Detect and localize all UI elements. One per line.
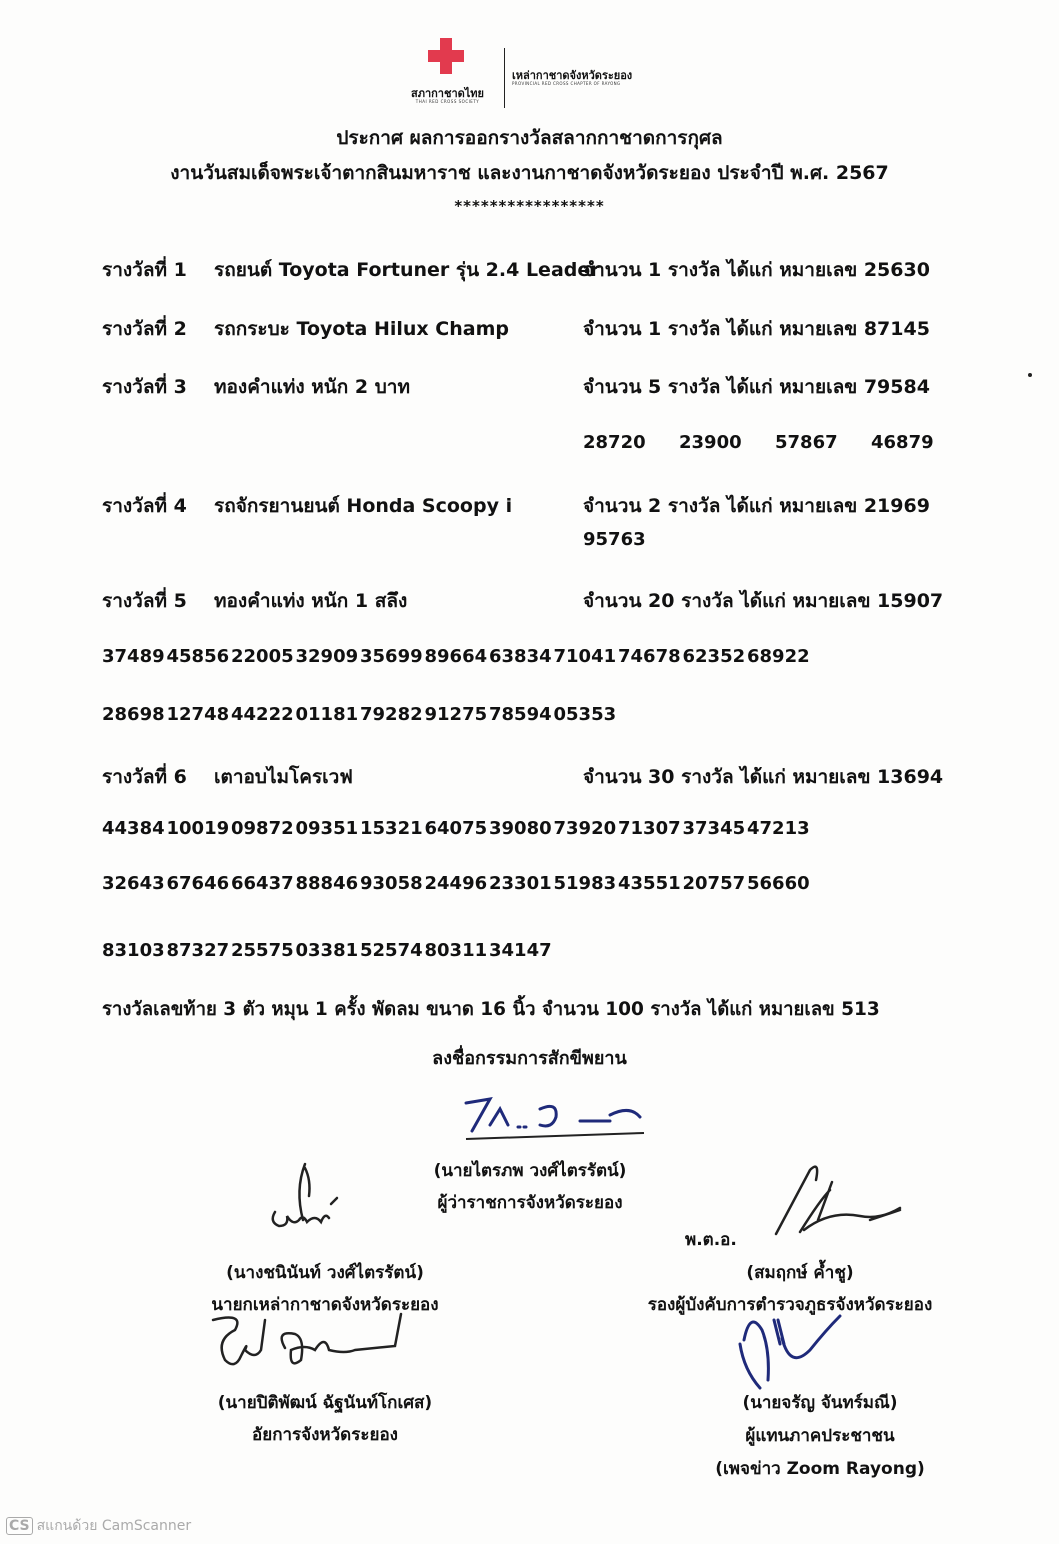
winning-number: 39080 <box>489 818 554 839</box>
camscanner-text: สแกนด้วย CamScanner <box>37 1518 192 1534</box>
winning-number: 23301 <box>489 873 554 894</box>
number-row: 83103873272557503381525748031134147 <box>102 940 554 961</box>
winning-number: 45856 <box>167 646 232 667</box>
winning-number: 20757 <box>683 873 748 894</box>
winning-number: 89664 <box>425 646 490 667</box>
winning-number: 46879 <box>871 432 967 453</box>
winning-number: 05353 <box>554 704 619 725</box>
prize-label: รางวัลที่ 6 <box>102 762 187 792</box>
camscanner-icon: CS <box>6 1517 33 1535</box>
winning-number: 12748 <box>167 704 232 725</box>
winning-number: 09872 <box>231 818 296 839</box>
winning-number: 67646 <box>167 873 232 894</box>
winning-number: 66437 <box>231 873 296 894</box>
winning-number: 32643 <box>102 873 167 894</box>
last3-prize: รางวัลเลขท้าย 3 ตัว หมุน 1 ครั้ง พัดลม ข… <box>102 995 880 1024</box>
winning-number: 79282 <box>360 704 425 725</box>
winning-number: 91275 <box>425 704 490 725</box>
winning-number: 95763 <box>583 529 679 550</box>
winning-number: 57867 <box>775 432 871 453</box>
announcement-title: ประกาศ ผลการออกรางวัลสลากกาชาดการกุศล <box>0 123 1059 153</box>
prize-item: รถยนต์ Toyota Fortuner รุ่น 2.4 Leader <box>214 255 600 285</box>
winning-number: 83103 <box>102 940 167 961</box>
prize-label: รางวัลที่ 5 <box>102 586 187 616</box>
winning-number: 43551 <box>618 873 683 894</box>
logo-divider <box>504 48 505 108</box>
winning-number: 15321 <box>360 818 425 839</box>
governor-title: ผู้ว่าราชการจังหวัดระยอง <box>380 1189 680 1216</box>
winning-number: 87327 <box>167 940 232 961</box>
winning-number: 09351 <box>296 818 361 839</box>
police-name: (สมฤกษ์ ค้ำชู) <box>700 1259 900 1286</box>
winning-number: 03381 <box>296 940 361 961</box>
governor-name: (นายไตรภพ วงศ์ไตรรัตน์) <box>380 1157 680 1184</box>
winning-number: 35699 <box>360 646 425 667</box>
prize-count: จำนวน 1 รางวัล ได้แก่ หมายเลข 25630 <box>583 255 930 285</box>
prize-item: เตาอบไมโครเวฟ <box>214 762 353 792</box>
winning-number: 25575 <box>231 940 296 961</box>
prize-label: รางวัลที่ 1 <box>102 255 187 285</box>
winning-number: 80311 <box>425 940 490 961</box>
chapter-name-en: PROVINCIAL RED CROSS CHAPTER OF RAYONG <box>512 81 621 86</box>
winning-number: 23900 <box>679 432 775 453</box>
witness-heading: ลงชื่อกรรมการสักขีพยาน <box>0 1043 1059 1072</box>
prosecutor-title: อัยการจังหวัดระยอง <box>170 1421 480 1448</box>
prize-count: จำนวน 1 รางวัล ได้แก่ หมายเลข 87145 <box>583 314 930 344</box>
announcement-subtitle: งานวันสมเด็จพระเจ้าตากสินมหาราช และงานกา… <box>0 158 1059 188</box>
winning-number: 74678 <box>618 646 683 667</box>
winning-number: 22005 <box>231 646 296 667</box>
prize-numbers: 95763 <box>583 529 679 550</box>
winning-number: 64075 <box>425 818 490 839</box>
public-name: (นายจรัญ จันทร์มณี) <box>690 1389 950 1416</box>
winning-number: 93058 <box>360 873 425 894</box>
prize-label: รางวัลที่ 3 <box>102 372 187 402</box>
signature-police <box>770 1160 910 1240</box>
winning-number: 73920 <box>554 818 619 839</box>
prize-count: จำนวน 30 รางวัล ได้แก่ หมายเลข 13694 <box>583 762 943 792</box>
police-rank: พ.ต.อ. <box>685 1226 737 1253</box>
winning-number: 71307 <box>618 818 683 839</box>
red-cross-icon <box>428 38 464 74</box>
winning-number: 62352 <box>683 646 748 667</box>
winning-number: 01181 <box>296 704 361 725</box>
prize-count: จำนวน 20 รางวัล ได้แก่ หมายเลข 15907 <box>583 586 943 616</box>
signature-redcross <box>265 1160 355 1240</box>
winning-number: 52574 <box>360 940 425 961</box>
redcross-name: (นางชนินันท์ วงศ์ไตรรัตน์) <box>170 1259 480 1286</box>
winning-number: 51983 <box>554 873 619 894</box>
winning-number: 88846 <box>296 873 361 894</box>
signature-prosecutor <box>205 1310 405 1380</box>
winning-number: 56660 <box>747 873 812 894</box>
prize-item: รถกระบะ Toyota Hilux Champ <box>214 314 509 344</box>
title-separator: ***************** <box>0 197 1059 215</box>
signature-governor <box>460 1095 650 1145</box>
org-name-en: THAI RED CROSS SOCIETY <box>395 99 500 104</box>
signature-public <box>730 1310 850 1390</box>
winning-number: 10019 <box>167 818 232 839</box>
public-title: ผู้แทนภาคประชาชน <box>690 1422 950 1449</box>
prize-label: รางวัลที่ 2 <box>102 314 187 344</box>
number-row: 3748945856220053290935699896646383471041… <box>102 646 812 667</box>
winning-number: 78594 <box>489 704 554 725</box>
winning-number: 37345 <box>683 818 748 839</box>
winning-number: 32909 <box>296 646 361 667</box>
prize-numbers: 28720239005786746879 <box>583 432 967 453</box>
number-row: 4438410019098720935115321640753908073920… <box>102 818 812 839</box>
public-note: (เพจข่าว Zoom Rayong) <box>690 1455 950 1482</box>
camscanner-watermark: CSสแกนด้วย CamScanner <box>6 1515 191 1537</box>
winning-number: 47213 <box>747 818 812 839</box>
prize-count: จำนวน 2 รางวัล ได้แก่ หมายเลข 21969 <box>583 491 930 521</box>
prize-item: รถจักรยานยนต์ Honda Scoopy i <box>214 491 512 521</box>
winning-number: 63834 <box>489 646 554 667</box>
prize-item: ทองคำแท่ง หนัก 2 บาท <box>214 372 410 402</box>
winning-number: 44384 <box>102 818 167 839</box>
number-row: 3264367646664378884693058244962330151983… <box>102 873 812 894</box>
winning-number: 44222 <box>231 704 296 725</box>
winning-number: 71041 <box>554 646 619 667</box>
number-row: 2869812748442220118179282912757859405353 <box>102 704 618 725</box>
prize-count: จำนวน 5 รางวัล ได้แก่ หมายเลข 79584 <box>583 372 930 402</box>
prosecutor-name: (นายปิติพัฒน์ ฉัฐนันท์โกเศส) <box>170 1389 480 1416</box>
winning-number: 68922 <box>747 646 812 667</box>
speck <box>1028 373 1032 377</box>
winning-number: 24496 <box>425 873 490 894</box>
winning-number: 34147 <box>489 940 554 961</box>
winning-number: 37489 <box>102 646 167 667</box>
prize-label: รางวัลที่ 4 <box>102 491 187 521</box>
prize-item: ทองคำแท่ง หนัก 1 สลึง <box>214 586 407 616</box>
winning-number: 28698 <box>102 704 167 725</box>
winning-number: 28720 <box>583 432 679 453</box>
